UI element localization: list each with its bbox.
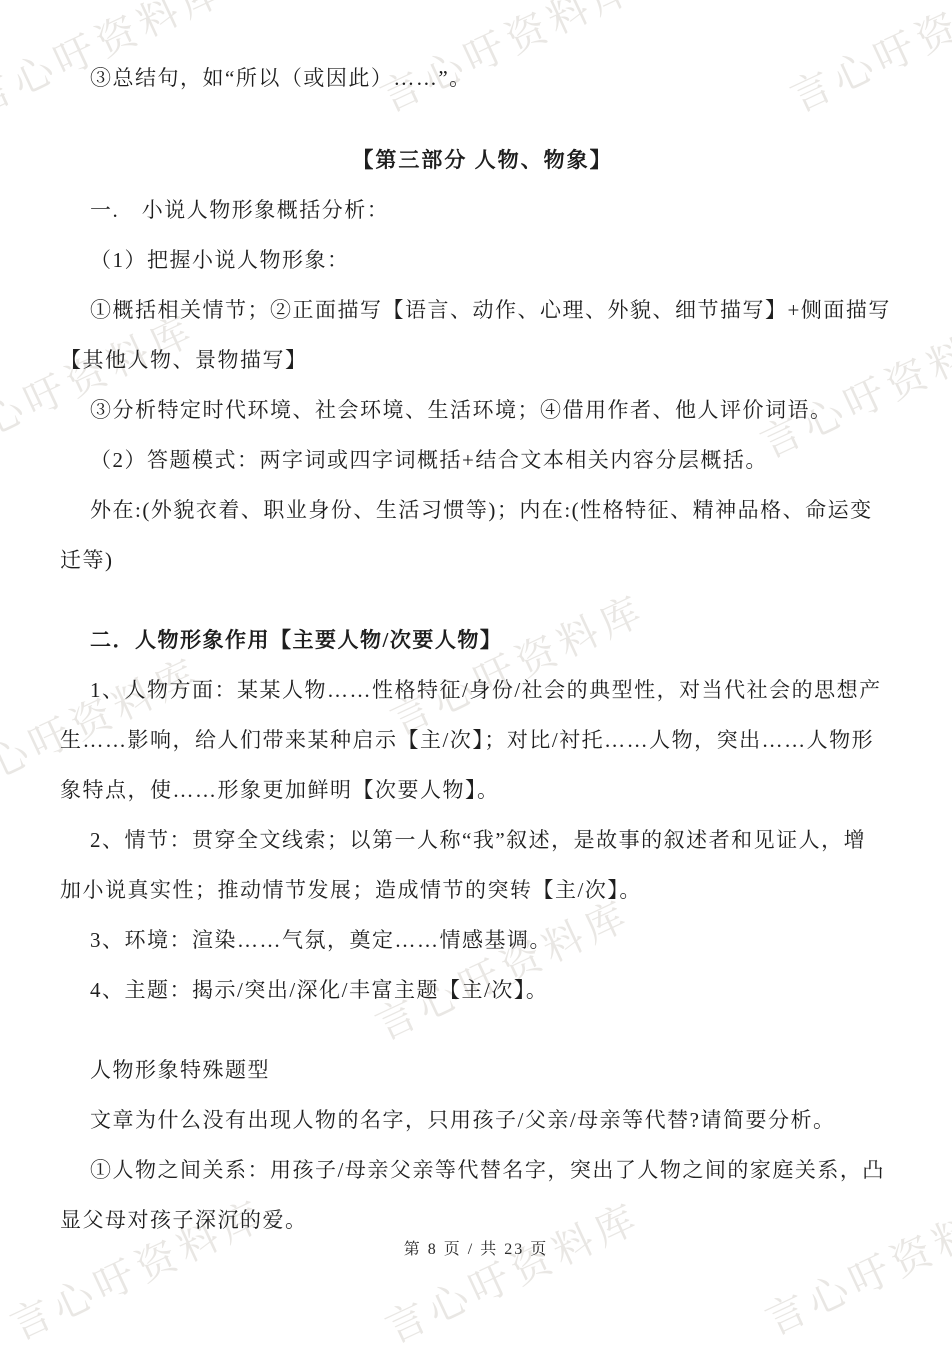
text-line: 象特点，使……形象更加鲜明【次要人物】。	[60, 765, 905, 815]
text-line: 1、人物方面：某某人物……性格特征/身份/社会的典型性，对当代社会的思想产	[60, 665, 905, 715]
text-line: 迁等)	[60, 535, 905, 585]
text-line: 3、环境：渲染……气氛，奠定……情感基调。	[60, 915, 905, 965]
text-line: 4、主题：揭示/突出/深化/丰富主题【主/次】。	[60, 965, 905, 1015]
text-line: ①概括相关情节；②正面描写【语言、动作、心理、外貌、细节描写】+侧面描写	[60, 285, 905, 335]
text-line: ①人物之间关系：用孩子/母亲父亲等代替名字，突出了人物之间的家庭关系，凸	[60, 1145, 905, 1195]
document-body: ③总结句，如“所以（或因此）……”。 【第三部分 人物、物象】 一. 小说人物形…	[0, 0, 952, 1245]
text-line: （1）把握小说人物形象：	[60, 235, 905, 285]
text-line: ③总结句，如“所以（或因此）……”。	[60, 53, 905, 103]
text-line: 生……影响，给人们带来某种启示【主/次】；对比/衬托……人物，突出……人物形	[60, 715, 905, 765]
text-line: （2）答题模式：两字词或四字词概括+结合文本相关内容分层概括。	[60, 435, 905, 485]
text-line: 外在:(外貌衣着、职业身份、生活习惯等)；内在:(性格特征、精神品格、命运变	[60, 485, 905, 535]
section-heading: 二．人物形象作用【主要人物/次要人物】	[60, 615, 905, 665]
document-page: 言心吁资料库 言心吁资料库 言心吁资料库 言心吁资料库 言心吁资料库 言心吁资料…	[0, 0, 952, 1347]
text-line: 加小说真实性；推动情节发展；造成情节的突转【主/次】。	[60, 865, 905, 915]
text-line: 一. 小说人物形象概括分析：	[60, 185, 905, 235]
text-line: 【其他人物、景物描写】	[60, 335, 905, 385]
text-line: 文章为什么没有出现人物的名字，只用孩子/父亲/母亲等代替?请简要分析。	[60, 1095, 905, 1145]
text-line: 2、情节：贯穿全文线索；以第一人称“我”叙述，是故事的叙述者和见证人，增	[60, 815, 905, 865]
text-line: ③分析特定时代环境、社会环境、生活环境；④借用作者、他人评价词语。	[60, 385, 905, 435]
section-title: 【第三部分 人物、物象】	[60, 135, 905, 185]
page-number: 第 8 页 / 共 23 页	[0, 1236, 952, 1264]
subsection-heading: 人物形象特殊题型	[60, 1045, 905, 1095]
